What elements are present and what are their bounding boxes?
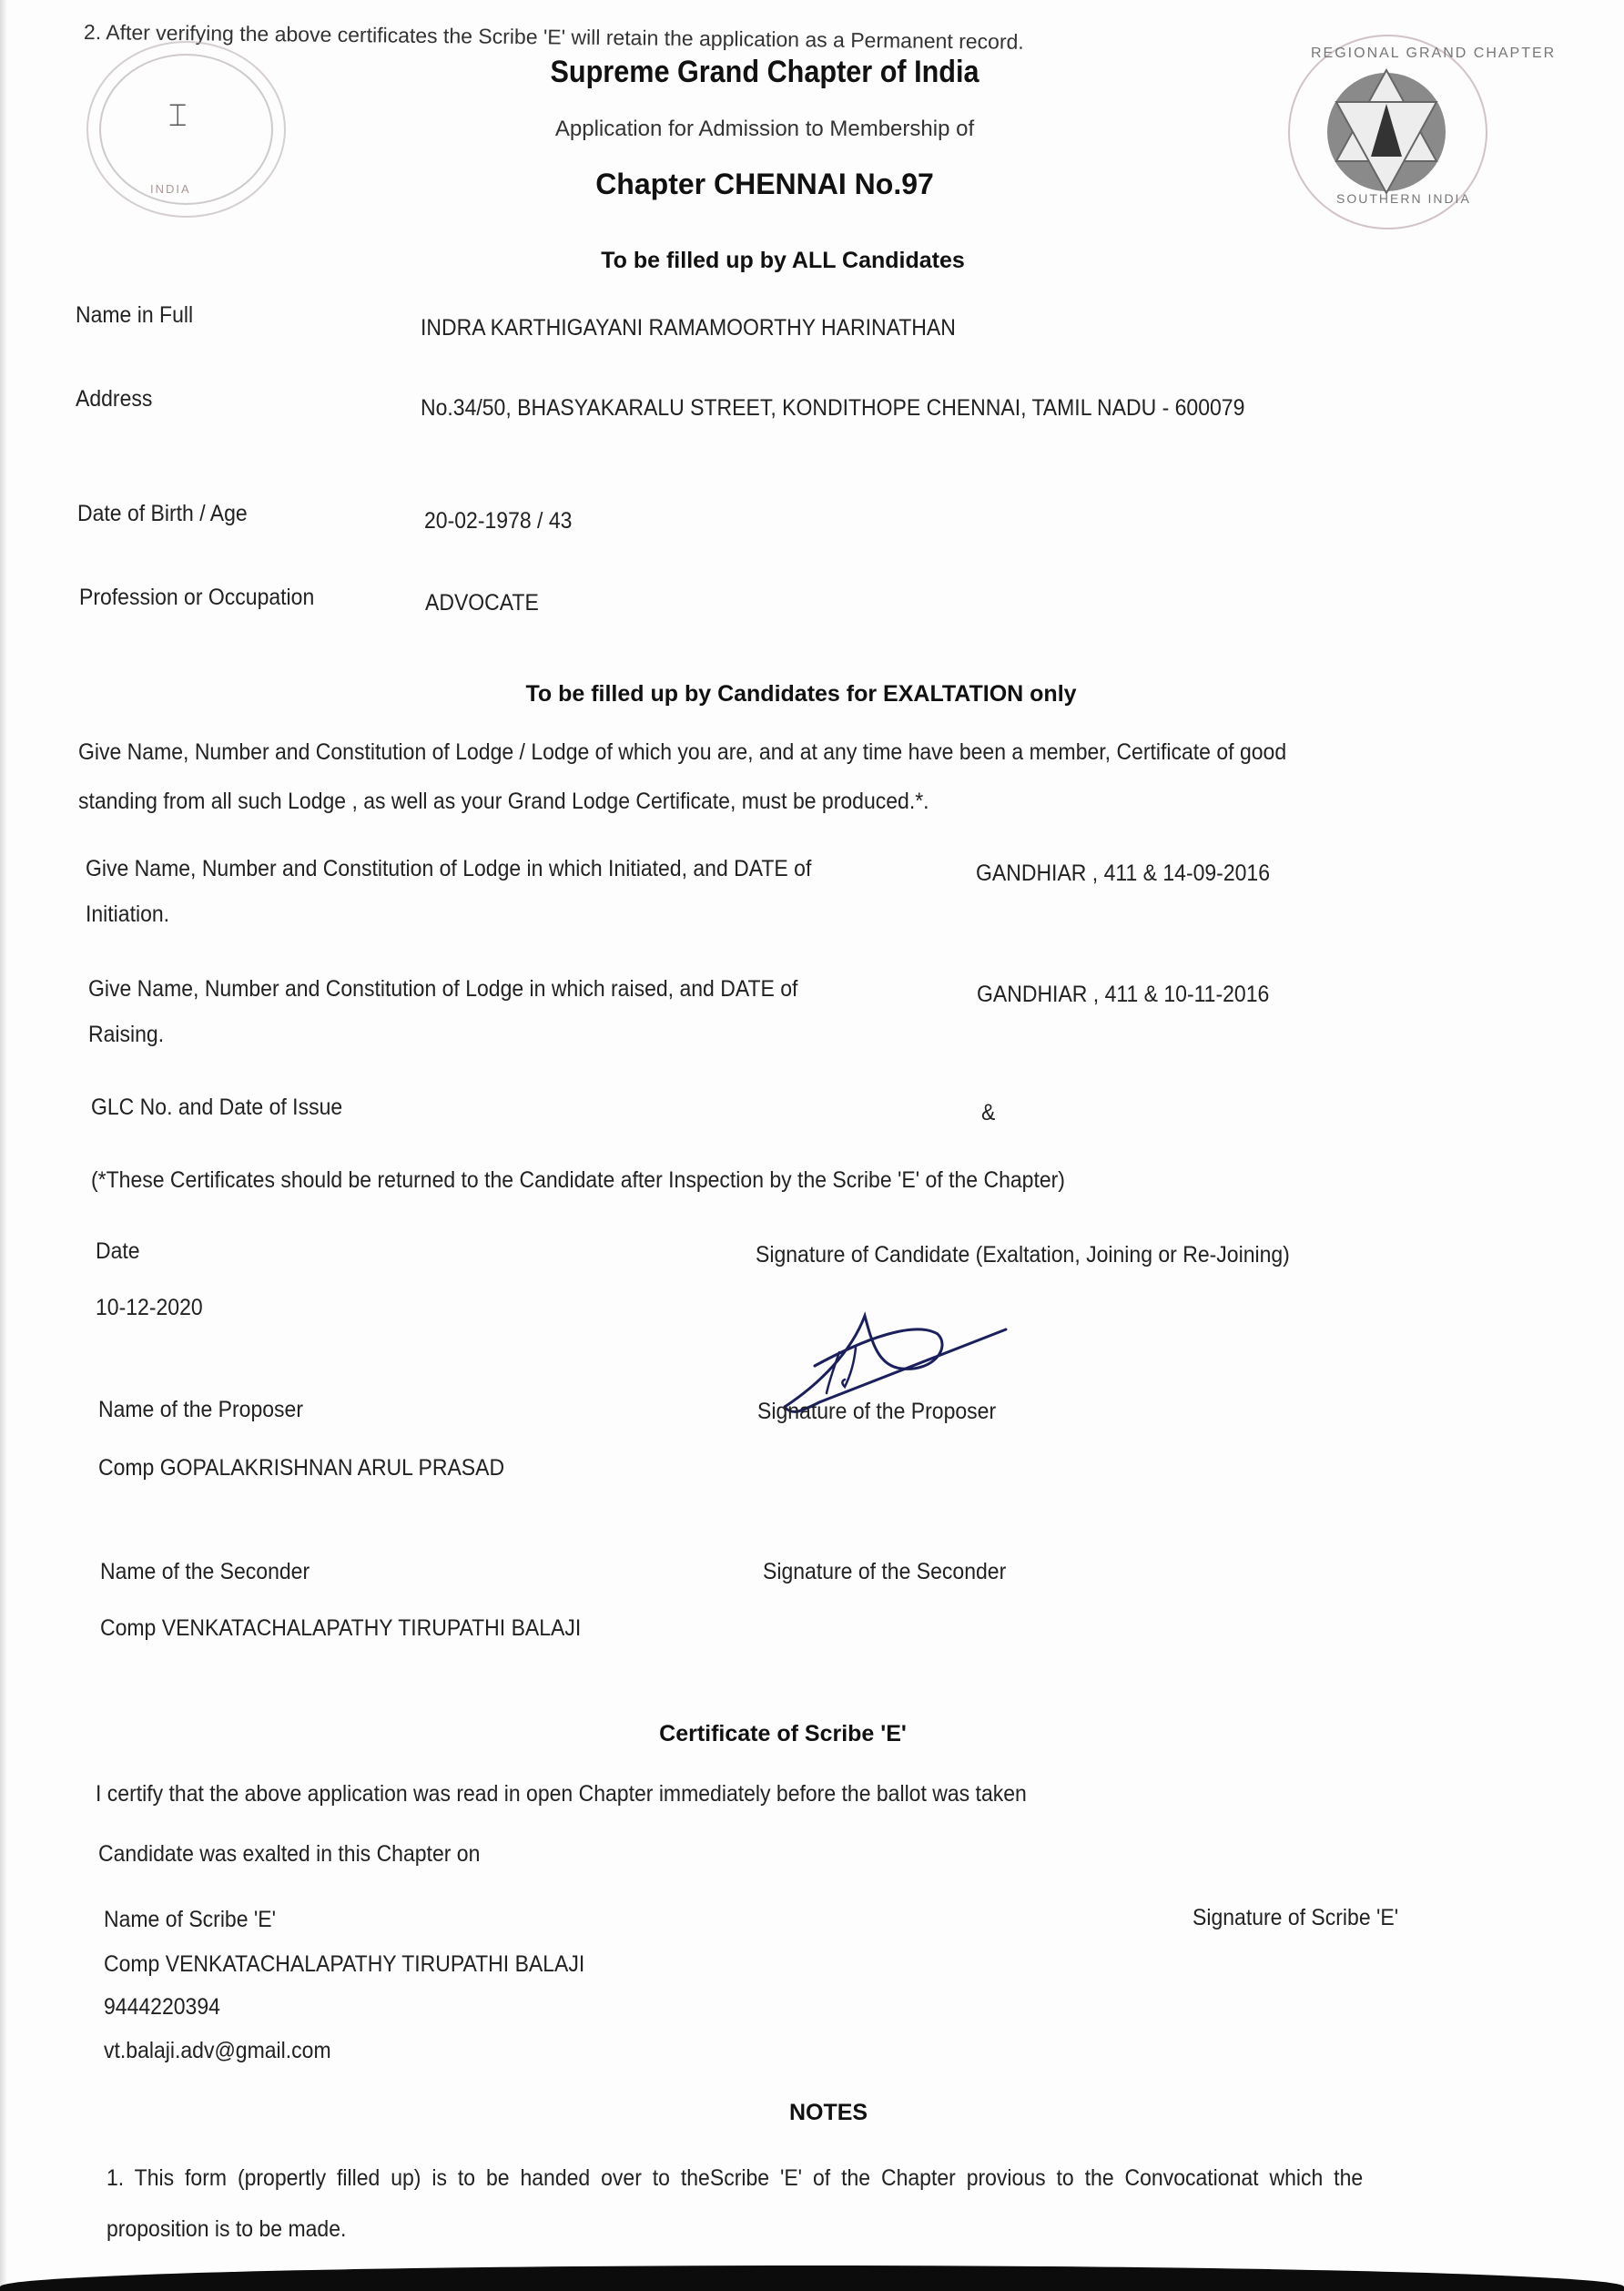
notes-heading: NOTES xyxy=(692,2100,965,2126)
left-seal-text: INDIA xyxy=(150,182,191,196)
label-initiation-line2: Initiation. xyxy=(86,901,169,928)
label-address: Address xyxy=(76,386,152,412)
right-seal-top-text: REGIONAL GRAND CHAPTER xyxy=(1311,46,1556,62)
chapter-name: Chapter CHENNAI No.97 xyxy=(510,168,1020,201)
scan-bottom-edge xyxy=(0,2266,1624,2291)
label-raising-line2: Raising. xyxy=(88,1022,164,1048)
value-name-in-full: INDRA KARTHIGAYANI RAMAMOORTHY HARINATHA… xyxy=(421,315,956,341)
certificates-note: (*These Certificates should be returned … xyxy=(91,1167,1065,1194)
seal-emblem-icon: ⌶ xyxy=(168,98,187,134)
value-raising: GANDHIAR , 411 & 10-11-2016 xyxy=(977,982,1269,1008)
label-seconder-name: Name of the Seconder xyxy=(100,1559,310,1585)
value-scribe-email: vt.balaji.adv@gmail.com xyxy=(104,2038,331,2064)
value-proposer-name: Comp GOPALAKRISHNAN ARUL PRASAD xyxy=(98,1455,504,1482)
section-heading-exaltation: To be filled up by Candidates for EXALTA… xyxy=(437,681,1165,708)
note-1-line1: 1. This form (propertly filled up) is to… xyxy=(107,2165,1363,2192)
value-initiation: GANDHIAR , 411 & 14-09-2016 xyxy=(976,860,1270,887)
value-seconder-name: Comp VENKATACHALAPATHY TIRUPATHI BALAJI xyxy=(100,1615,581,1642)
label-scribe-signature: Signature of Scribe 'E' xyxy=(1193,1905,1398,1931)
document-title: Supreme Grand Chapter of India xyxy=(535,55,994,90)
right-seal-bottom-text: SOUTHERN INDIA xyxy=(1336,191,1471,206)
label-profession: Profession or Occupation xyxy=(79,585,314,611)
value-dob-age: 20-02-1978 / 43 xyxy=(424,508,572,535)
value-profession: ADVOCATE xyxy=(425,590,539,616)
scribe-certify-text: I certify that the above application was… xyxy=(96,1781,1027,1807)
label-seconder-signature: Signature of the Seconder xyxy=(763,1559,1006,1585)
label-date: Date xyxy=(96,1238,140,1265)
label-raising-line1: Give Name, Number and Constitution of Lo… xyxy=(88,976,797,1003)
label-candidate-signature: Signature of Candidate (Exaltation, Join… xyxy=(756,1242,1290,1268)
exaltation-instruction-line1: Give Name, Number and Constitution of Lo… xyxy=(78,739,1286,766)
star-emblem-icon xyxy=(1327,66,1446,198)
value-date: 10-12-2020 xyxy=(96,1295,203,1321)
scribe-exalted-text: Candidate was exalted in this Chapter on xyxy=(98,1841,480,1868)
label-initiation-line1: Give Name, Number and Constitution of Lo… xyxy=(86,856,811,882)
value-scribe-phone: 9444220394 xyxy=(104,1994,220,2021)
document-subtitle: Application for Admission to Membership … xyxy=(510,117,1020,142)
note-1-line2: proposition is to be made. xyxy=(107,2216,346,2243)
scribe-certificate-heading: Certificate of Scribe 'E' xyxy=(510,1721,1056,1747)
label-glc: GLC No. and Date of Issue xyxy=(91,1095,342,1121)
label-name-in-full: Name in Full xyxy=(76,302,193,329)
value-scribe-name: Comp VENKATACHALAPATHY TIRUPATHI BALAJI xyxy=(104,1951,584,1978)
exaltation-instruction-line2: standing from all such Lodge , as well a… xyxy=(78,789,929,815)
label-dob-age: Date of Birth / Age xyxy=(77,501,248,527)
page-edge-shadow xyxy=(0,0,7,2291)
label-scribe-name: Name of Scribe 'E' xyxy=(104,1907,276,1933)
value-address: No.34/50, BHASYAKARALU STREET, KONDITHOP… xyxy=(421,395,1244,422)
label-proposer-signature: Signature of the Proposer xyxy=(757,1399,996,1425)
value-glc: & xyxy=(981,1100,995,1126)
section-heading-all: To be filled up by ALL Candidates xyxy=(510,248,1056,274)
label-proposer-name: Name of the Proposer xyxy=(98,1397,303,1423)
